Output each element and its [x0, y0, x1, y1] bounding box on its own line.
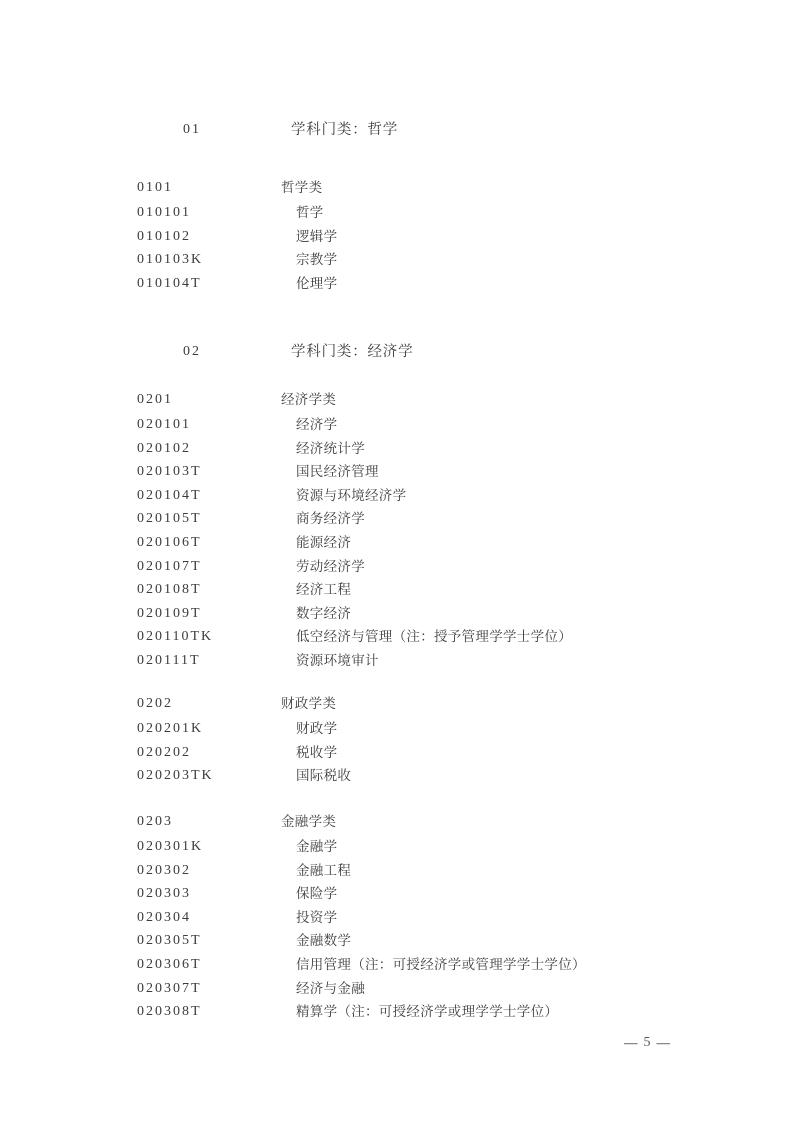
major-name: 财政学 [296, 718, 337, 740]
group-code: 0202 [137, 693, 173, 715]
section-code: 01 [183, 119, 201, 141]
major-name: 数字经济 [296, 603, 351, 625]
major-name: 国民经济管理 [296, 461, 379, 483]
major-name: 投资学 [296, 907, 337, 929]
major-name: 经济与金融 [296, 978, 365, 1000]
major-row: 020301K金融学 [0, 836, 794, 858]
major-code: 020306T [137, 954, 202, 976]
major-row: 020105T商务经济学 [0, 508, 794, 530]
major-code: 020201K [137, 718, 203, 740]
major-name: 伦理学 [296, 273, 337, 295]
major-row: 020305T金融数学 [0, 930, 794, 952]
major-name: 金融数学 [296, 930, 351, 952]
page-footer: — 5 — [609, 1034, 685, 1052]
major-row: 020101经济学 [0, 414, 794, 436]
group-row: 0202财政学类 [0, 693, 794, 715]
major-code: 010102 [137, 226, 191, 248]
section-title: 学科门类：经济学 [291, 341, 413, 363]
major-row: 020107T劳动经济学 [0, 556, 794, 578]
group-code: 0201 [137, 389, 173, 411]
major-code: 020102 [137, 438, 191, 460]
major-row: 020111T资源环境审计 [0, 650, 794, 672]
major-row: 020203TK国际税收 [0, 765, 794, 787]
major-code: 020302 [137, 860, 191, 882]
document-page: 01学科门类：哲学0101哲学类010101哲学010102逻辑学010103K… [0, 0, 794, 1123]
group-code: 0101 [137, 177, 173, 199]
group-name: 哲学类 [281, 177, 322, 199]
major-row: 020103T国民经济管理 [0, 461, 794, 483]
major-name: 商务经济学 [296, 508, 365, 530]
section-header: 02学科门类：经济学 [0, 341, 794, 363]
major-row: 020307T经济与金融 [0, 978, 794, 1000]
major-code: 020101 [137, 414, 191, 436]
major-name: 税收学 [296, 742, 337, 764]
section-code: 02 [183, 341, 201, 363]
major-row: 020303保险学 [0, 883, 794, 905]
major-code: 020110TK [137, 626, 213, 648]
major-name: 宗教学 [296, 249, 337, 271]
major-code: 010104T [137, 273, 202, 295]
major-row: 020108T经济工程 [0, 579, 794, 601]
group-row: 0101哲学类 [0, 177, 794, 199]
group-name: 金融学类 [281, 811, 336, 833]
major-code: 020106T [137, 532, 202, 554]
major-code: 010103K [137, 249, 203, 271]
major-name: 金融工程 [296, 860, 351, 882]
major-name: 资源环境审计 [296, 650, 379, 672]
major-code: 020305T [137, 930, 202, 952]
major-name: 金融学 [296, 836, 337, 858]
major-name: 精算学（注：可授经济学或理学学士学位） [296, 1001, 558, 1023]
footer-dash-right: — [657, 1034, 671, 1052]
major-row: 020304投资学 [0, 907, 794, 929]
major-row: 020202税收学 [0, 742, 794, 764]
major-code: 020104T [137, 485, 202, 507]
major-row: 020110TK低空经济与管理（注：授予管理学学士学位） [0, 626, 794, 648]
major-code: 010101 [137, 202, 191, 224]
major-name: 信用管理（注：可授经济学或管理学学士学位） [296, 954, 586, 976]
major-code: 020301K [137, 836, 203, 858]
major-code: 020203TK [137, 765, 214, 787]
major-code: 020108T [137, 579, 202, 601]
major-name: 资源与环境经济学 [296, 485, 406, 507]
major-name: 逻辑学 [296, 226, 337, 248]
section-title: 学科门类：哲学 [291, 119, 398, 141]
major-name: 保险学 [296, 883, 337, 905]
major-row: 010101哲学 [0, 202, 794, 224]
major-code: 020103T [137, 461, 202, 483]
footer-dash-left: — [624, 1034, 638, 1052]
group-row: 0201经济学类 [0, 389, 794, 411]
group-name: 经济学类 [281, 389, 336, 411]
major-name: 经济统计学 [296, 438, 365, 460]
major-row: 020201K财政学 [0, 718, 794, 740]
major-name: 经济工程 [296, 579, 351, 601]
group-name: 财政学类 [281, 693, 336, 715]
major-name: 低空经济与管理（注：授予管理学学士学位） [296, 626, 572, 648]
major-row: 020302金融工程 [0, 860, 794, 882]
major-code: 020105T [137, 508, 202, 530]
major-row: 020106T能源经济 [0, 532, 794, 554]
major-code: 020111T [137, 650, 201, 672]
major-code: 020303 [137, 883, 191, 905]
major-code: 020304 [137, 907, 191, 929]
group-row: 0203金融学类 [0, 811, 794, 833]
major-row: 020104T资源与环境经济学 [0, 485, 794, 507]
footer-page-number: 5 [644, 1034, 651, 1052]
major-row: 010103K宗教学 [0, 249, 794, 271]
major-code: 020307T [137, 978, 202, 1000]
major-code: 020308T [137, 1001, 202, 1023]
major-name: 哲学 [296, 202, 324, 224]
major-name: 国际税收 [296, 765, 351, 787]
section-header: 01学科门类：哲学 [0, 119, 794, 141]
group-code: 0203 [137, 811, 173, 833]
major-row: 020102经济统计学 [0, 438, 794, 460]
major-row: 010104T伦理学 [0, 273, 794, 295]
major-row: 020109T数字经济 [0, 603, 794, 625]
major-code: 020107T [137, 556, 202, 578]
major-name: 经济学 [296, 414, 337, 436]
major-row: 010102逻辑学 [0, 226, 794, 248]
major-row: 020308T精算学（注：可授经济学或理学学士学位） [0, 1001, 794, 1023]
major-code: 020109T [137, 603, 202, 625]
major-name: 劳动经济学 [296, 556, 365, 578]
major-code: 020202 [137, 742, 191, 764]
major-name: 能源经济 [296, 532, 351, 554]
major-row: 020306T信用管理（注：可授经济学或管理学学士学位） [0, 954, 794, 976]
